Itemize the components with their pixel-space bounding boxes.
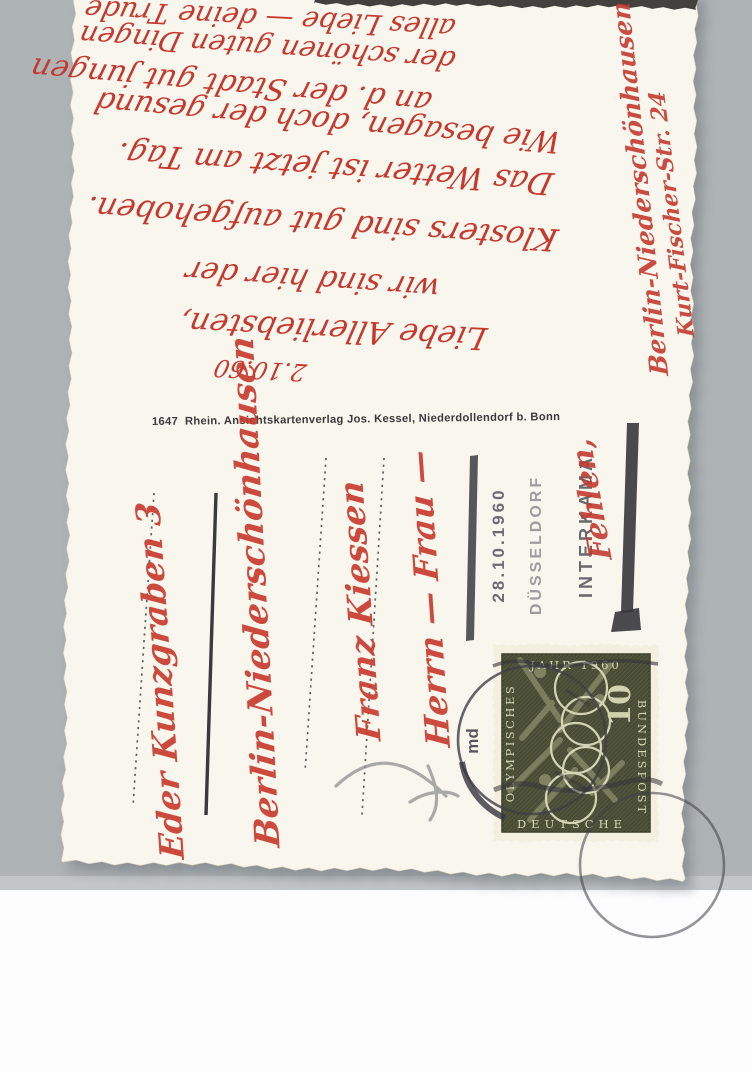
scanner-edge-strip [0, 876, 752, 890]
stamp-value: 10 [603, 684, 638, 726]
page-background [0, 890, 752, 1072]
stamp-text-bottom: DEUTSCHE [517, 817, 627, 831]
stamp-text-top: JAHR 1960 [529, 658, 622, 672]
scanned-postcard-back: 1647 Rhein. Ansichtskartenverlag Jos. Ke… [0, 0, 752, 1072]
postage-stamp: JAHR 1960 DEUTSCHE OLYMPISCHES BUNDESPOS… [492, 643, 660, 843]
stamp-text-left: OLYMPISCHES [503, 684, 517, 802]
